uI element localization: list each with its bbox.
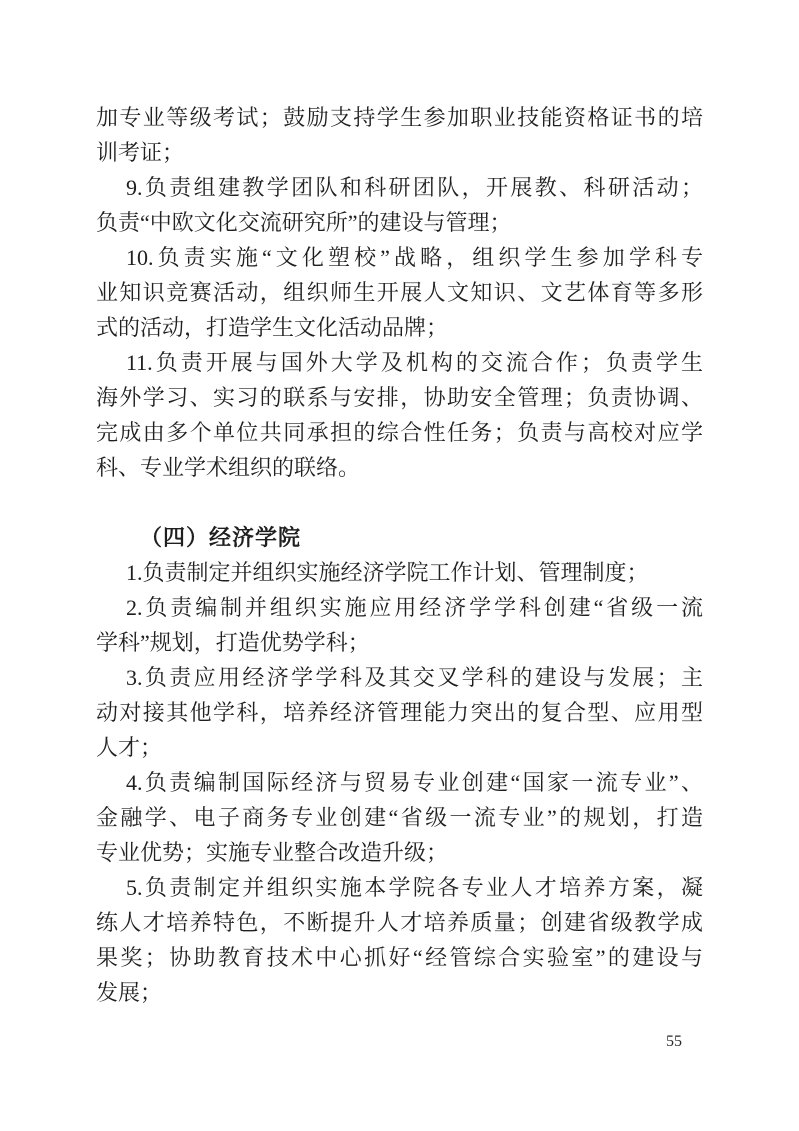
text-line: 动对接其他学科，培养经济管理能力突出的复合型、应用型 — [96, 695, 703, 730]
text-line: 9.负责组建教学团队和科研团队，开展教、科研活动； — [96, 170, 703, 205]
text-line: 2.负责编制并组织实施应用经济学学科创建“省级一流 — [96, 590, 703, 625]
text-line: 业知识竞赛活动，组织师生开展人文知识、文艺体育等多形 — [96, 275, 703, 310]
text-line: 科、专业学术组织的联络。 — [96, 450, 703, 485]
text-line: 金融学、电子商务专业创建“省级一流专业”的规划，打造 — [96, 800, 703, 835]
text-line: 人才； — [96, 730, 703, 765]
text-line: 5.负责制定并组织实施本学院各专业人才培养方案，凝 — [96, 870, 703, 905]
text-line: 1.负责制定并组织实施经济学院工作计划、管理制度； — [96, 555, 703, 590]
text-line: 式的活动，打造学生文化活动品牌； — [96, 310, 703, 345]
text-line: 11.负责开展与国外大学及机构的交流合作；负责学生 — [96, 345, 703, 380]
text-line: 发展； — [96, 975, 703, 1010]
text-line: 完成由多个单位共同承担的综合性任务；负责与高校对应学 — [96, 415, 703, 450]
text-line: 10.负责实施“文化塑校”战略，组织学生参加学科专 — [96, 240, 703, 275]
document-body: 加专业等级考试；鼓励支持学生参加职业技能资格证书的培训考证；9.负责组建教学团队… — [96, 100, 703, 1010]
text-line: 3.负责应用经济学学科及其交叉学科的建设与发展；主 — [96, 660, 703, 695]
text-line: 训考证； — [96, 135, 703, 170]
blank-line — [96, 485, 703, 520]
document-page: 加专业等级考试；鼓励支持学生参加职业技能资格证书的培训考证；9.负责组建教学团队… — [0, 0, 799, 1131]
text-line: 果奖；协助教育技术中心抓好“经管综合实验室”的建设与 — [96, 940, 703, 975]
text-line: 海外学习、实习的联系与安排，协助安全管理；负责协调、 — [96, 380, 703, 415]
text-line: 4.负责编制国际经济与贸易专业创建“国家一流专业”、 — [96, 765, 703, 800]
text-line: 练人才培养特色，不断提升人才培养质量；创建省级教学成 — [96, 905, 703, 940]
text-line: 负责“中欧文化交流研究所”的建设与管理； — [96, 205, 703, 240]
text-line: 加专业等级考试；鼓励支持学生参加职业技能资格证书的培 — [96, 100, 703, 135]
text-line: 学科”规划，打造优势学科； — [96, 625, 703, 660]
section-heading: （四）经济学院 — [96, 520, 703, 555]
text-line: 专业优势；实施专业整合改造升级； — [96, 835, 703, 870]
page-number: 55 — [666, 1031, 682, 1053]
